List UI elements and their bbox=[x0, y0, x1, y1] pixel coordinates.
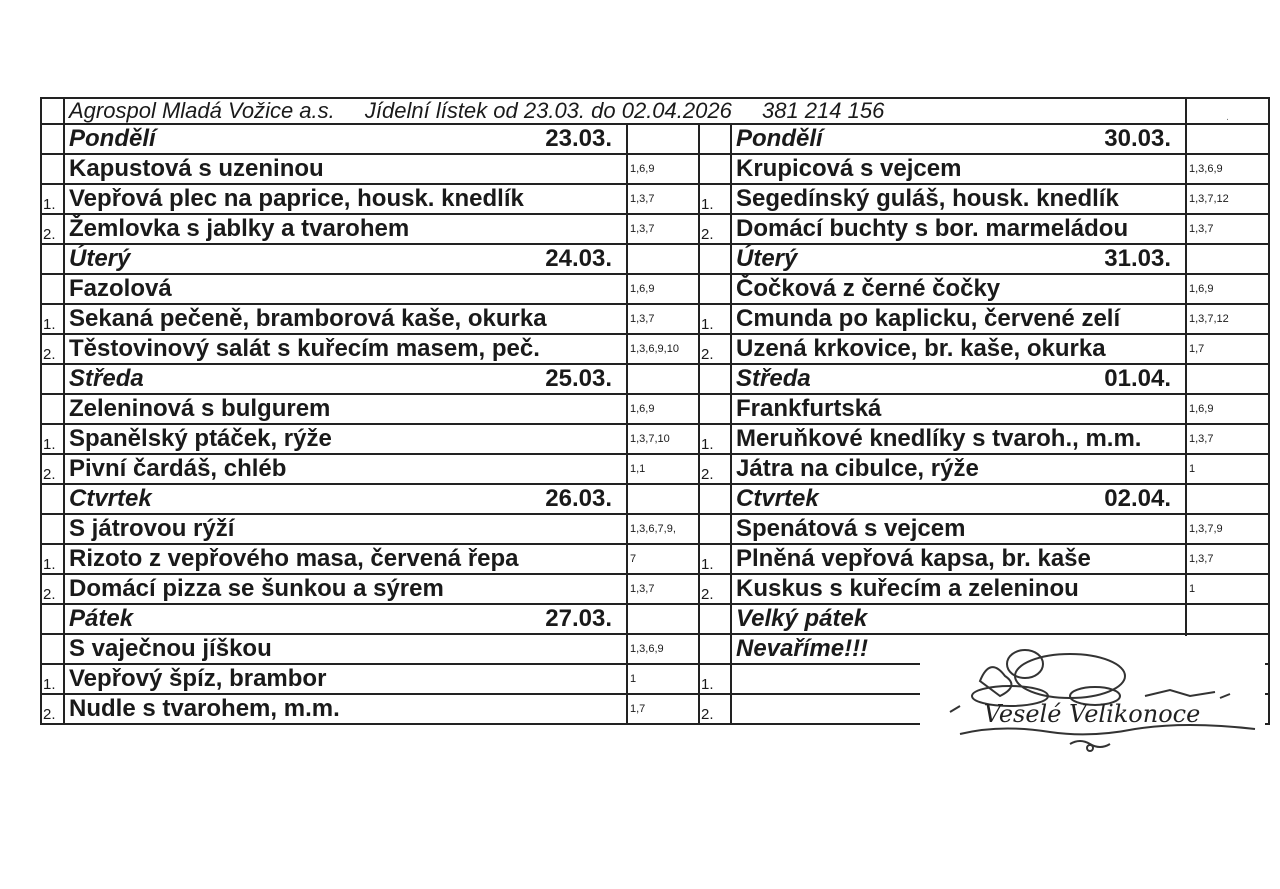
soup-name: Čočková z černé čočky bbox=[731, 274, 1186, 304]
title-corner-cell bbox=[41, 98, 64, 124]
meal-name: Domácí pizza se šunkou a sýrem bbox=[64, 574, 627, 604]
allergen-codes: 1 bbox=[627, 664, 699, 694]
meal-number: 1. bbox=[699, 184, 731, 214]
day-date: 27.03. bbox=[545, 605, 622, 633]
allergen-codes: 1,7 bbox=[1186, 334, 1269, 364]
meal-row: 1.Spanělský ptáček, rýže1,3,7,101.Meruňk… bbox=[41, 424, 1269, 454]
allergen-codes: 1 bbox=[1186, 574, 1269, 604]
allergen-codes: 1,3,6,7,9, bbox=[627, 514, 699, 544]
allergen-codes: 1,3,6,9 bbox=[1186, 154, 1269, 184]
day-name: Úterý bbox=[69, 245, 130, 273]
meal-name: Sekaná pečeně, bramborová kaše, okurka bbox=[64, 304, 627, 334]
meal-name: Rizoto z vepřového masa, červená řepa bbox=[64, 544, 627, 574]
meal-row: 2.Žemlovka s jablky a tvarohem1,3,72.Dom… bbox=[41, 214, 1269, 244]
number-cell bbox=[699, 514, 731, 544]
meal-number: 1. bbox=[699, 544, 731, 574]
allergen-cell bbox=[627, 484, 699, 514]
allergen-codes: 1 bbox=[1186, 454, 1269, 484]
meal-row: 2.Těstovinový salát s kuřecím masem, peč… bbox=[41, 334, 1269, 364]
allergen-codes: 1,3,7,12 bbox=[1186, 184, 1269, 214]
day-date: 24.03. bbox=[545, 245, 622, 273]
allergen-cell bbox=[627, 604, 699, 634]
phone-number: 381 214 156 bbox=[762, 98, 884, 123]
meal-number: 2. bbox=[699, 574, 731, 604]
number-cell bbox=[699, 244, 731, 274]
allergen-codes: 1,1 bbox=[627, 454, 699, 484]
day-name: Ctvrtek bbox=[736, 485, 819, 513]
meal-number: 2. bbox=[699, 454, 731, 484]
number-cell bbox=[41, 124, 64, 154]
meal-name: Cmunda po kaplicku, červené zelí bbox=[731, 304, 1186, 334]
number-cell bbox=[699, 484, 731, 514]
meal-name: Domácí buchty s bor. marmeládou bbox=[731, 214, 1186, 244]
day-date: 31.03. bbox=[1104, 245, 1181, 273]
soup-name: Kapustová s uzeninou bbox=[64, 154, 627, 184]
day-date: 26.03. bbox=[545, 485, 622, 513]
number-cell bbox=[41, 274, 64, 304]
soup-row: S játrovou rýží1,3,6,7,9,Spenátová s vej… bbox=[41, 514, 1269, 544]
menu-period: Jídelní lístek od 23.03. do 02.04.2026 bbox=[365, 98, 732, 123]
allergen-codes: 1,6,9 bbox=[627, 394, 699, 424]
soup-name: S vaječnou jíškou bbox=[64, 634, 627, 664]
soup-row: Zeleninová s bulgurem1,6,9Frankfurtská1,… bbox=[41, 394, 1269, 424]
meal-name: Uzená krkovice, br. kaše, okurka bbox=[731, 334, 1186, 364]
number-cell bbox=[699, 394, 731, 424]
allergen-codes: 1,3,7 bbox=[1186, 424, 1269, 454]
number-cell bbox=[41, 244, 64, 274]
meal-number: 1. bbox=[41, 184, 64, 214]
day-header-cell: Ctvrtek02.04. bbox=[731, 484, 1186, 514]
day-header-cell: Středa01.04. bbox=[731, 364, 1186, 394]
allergen-codes: 1,3,7 bbox=[627, 574, 699, 604]
allergen-cell bbox=[627, 244, 699, 274]
meal-number: 2. bbox=[699, 694, 731, 724]
meal-number: 2. bbox=[41, 454, 64, 484]
allergen-codes: 1,3,7 bbox=[627, 304, 699, 334]
meal-number: 1. bbox=[699, 304, 731, 334]
soup-name: S játrovou rýží bbox=[64, 514, 627, 544]
meal-row: 2.Pivní čardáš, chléb1,12.Játra na cibul… bbox=[41, 454, 1269, 484]
allergen-cell bbox=[1186, 604, 1269, 634]
menu-table: Agrospol Mladá Vožice a.s. Jídelní líste… bbox=[40, 97, 1270, 725]
meal-name: Spanělský ptáček, rýže bbox=[64, 424, 627, 454]
allergen-codes: 1,6,9 bbox=[627, 274, 699, 304]
allergen-cell bbox=[1186, 244, 1269, 274]
soup-row: Kapustová s uzeninou1,6,9Krupicová s vej… bbox=[41, 154, 1269, 184]
day-date: 02.04. bbox=[1104, 485, 1181, 513]
soup-name: Zeleninová s bulgurem bbox=[64, 394, 627, 424]
easter-greeting: Veselé Velikonoce bbox=[984, 700, 1201, 728]
day-header-cell: Středa25.03. bbox=[64, 364, 627, 394]
corner-mark: . bbox=[1186, 98, 1269, 124]
meal-number: 2. bbox=[41, 574, 64, 604]
day-name: Úterý bbox=[736, 245, 797, 273]
number-cell bbox=[41, 634, 64, 664]
meal-row: 1.Rizoto z vepřového masa, červená řepa7… bbox=[41, 544, 1269, 574]
meal-name: Žemlovka s jablky a tvarohem bbox=[64, 214, 627, 244]
number-cell bbox=[41, 604, 64, 634]
day-header-cell: Úterý24.03. bbox=[64, 244, 627, 274]
number-cell bbox=[699, 124, 731, 154]
allergen-cell bbox=[1186, 364, 1269, 394]
meal-number: 2. bbox=[699, 214, 731, 244]
meal-number: 2. bbox=[41, 214, 64, 244]
meal-number: 1. bbox=[41, 304, 64, 334]
soup-name: Spenátová s vejcem bbox=[731, 514, 1186, 544]
meal-row: 1.Sekaná pečeně, bramborová kaše, okurka… bbox=[41, 304, 1269, 334]
allergen-codes: 7 bbox=[627, 544, 699, 574]
allergen-cell bbox=[627, 124, 699, 154]
allergen-codes: 1,3,7 bbox=[1186, 544, 1269, 574]
soup-name: Fazolová bbox=[64, 274, 627, 304]
day-name: Velký pátek bbox=[731, 604, 1186, 634]
day-name: Středa bbox=[69, 365, 144, 393]
allergen-codes: 1,3,7,12 bbox=[1186, 304, 1269, 334]
day-row: Pátek27.03.Velký pátek bbox=[41, 604, 1269, 634]
meal-name: Nudle s tvarohem, m.m. bbox=[64, 694, 627, 724]
allergen-codes: 1,3,7 bbox=[627, 184, 699, 214]
menu-title: Agrospol Mladá Vožice a.s. Jídelní líste… bbox=[64, 98, 1186, 124]
number-cell bbox=[699, 364, 731, 394]
company-name: Agrospol Mladá Vožice a.s. bbox=[69, 98, 335, 123]
meal-name: Vepřový špíz, brambor bbox=[64, 664, 627, 694]
day-name: Pátek bbox=[69, 605, 133, 633]
day-header-cell: Ctvrtek26.03. bbox=[64, 484, 627, 514]
day-date: 01.04. bbox=[1104, 365, 1181, 393]
day-date: 30.03. bbox=[1104, 125, 1181, 153]
meal-number: 1. bbox=[699, 424, 731, 454]
allergen-codes: 1,3,7 bbox=[1186, 214, 1269, 244]
day-name: Pondělí bbox=[69, 125, 156, 153]
day-date: 25.03. bbox=[545, 365, 622, 393]
soup-row: Fazolová1,6,9Čočková z černé čočky1,6,9 bbox=[41, 274, 1269, 304]
number-cell bbox=[41, 154, 64, 184]
meal-number: 1. bbox=[699, 664, 731, 694]
meal-name: Játra na cibulce, rýže bbox=[731, 454, 1186, 484]
allergen-codes: 1,6,9 bbox=[627, 154, 699, 184]
meal-row: 2.Domácí pizza se šunkou a sýrem1,3,72.K… bbox=[41, 574, 1269, 604]
day-name: Středa bbox=[736, 365, 811, 393]
meal-name: Vepřová plec na paprice, housk. knedlík bbox=[64, 184, 627, 214]
number-cell bbox=[699, 274, 731, 304]
easter-graphic: Veselé Velikonoce bbox=[920, 636, 1265, 756]
meal-name: Kuskus s kuřecím a zeleninou bbox=[731, 574, 1186, 604]
number-cell bbox=[41, 484, 64, 514]
day-name: Pondělí bbox=[736, 125, 823, 153]
meal-name: Pivní čardáš, chléb bbox=[64, 454, 627, 484]
soup-name: Frankfurtská bbox=[731, 394, 1186, 424]
meal-number: 1. bbox=[41, 544, 64, 574]
day-header-cell: Úterý31.03. bbox=[731, 244, 1186, 274]
allergen-codes: 1,3,6,9 bbox=[627, 634, 699, 664]
number-cell bbox=[699, 604, 731, 634]
meal-number: 2. bbox=[699, 334, 731, 364]
easter-lamb-icon: Veselé Velikonoce bbox=[920, 636, 1265, 756]
meal-row: 1.Vepřová plec na paprice, housk. knedlí… bbox=[41, 184, 1269, 214]
day-header-cell: Pondělí30.03. bbox=[731, 124, 1186, 154]
allergen-codes: 1,3,7,9 bbox=[1186, 514, 1269, 544]
allergen-codes: 1,6,9 bbox=[1186, 394, 1269, 424]
allergen-cell bbox=[1186, 124, 1269, 154]
day-name: Ctvrtek bbox=[69, 485, 152, 513]
allergen-cell bbox=[1186, 484, 1269, 514]
allergen-codes: 1,7 bbox=[627, 694, 699, 724]
meal-number: 2. bbox=[41, 334, 64, 364]
allergen-codes: 1,6,9 bbox=[1186, 274, 1269, 304]
number-cell bbox=[699, 634, 731, 664]
day-header-cell: Pondělí23.03. bbox=[64, 124, 627, 154]
title-row: Agrospol Mladá Vožice a.s. Jídelní líste… bbox=[41, 98, 1269, 124]
number-cell bbox=[41, 364, 64, 394]
allergen-codes: 1,3,7 bbox=[627, 214, 699, 244]
soup-name: Krupicová s vejcem bbox=[731, 154, 1186, 184]
allergen-codes: 1,3,6,9,10 bbox=[627, 334, 699, 364]
meal-name: Segedínský guláš, housk. knedlík bbox=[731, 184, 1186, 214]
meal-name: Plněná vepřová kapsa, br. kaše bbox=[731, 544, 1186, 574]
number-cell bbox=[41, 394, 64, 424]
meal-number: 1. bbox=[41, 424, 64, 454]
day-row: Ctvrtek26.03.Ctvrtek02.04. bbox=[41, 484, 1269, 514]
meal-name: Meruňkové knedlíky s tvaroh., m.m. bbox=[731, 424, 1186, 454]
meal-number: 1. bbox=[41, 664, 64, 694]
day-date: 23.03. bbox=[545, 125, 622, 153]
number-cell bbox=[41, 514, 64, 544]
allergen-cell bbox=[627, 364, 699, 394]
day-header-cell: Pátek27.03. bbox=[64, 604, 627, 634]
day-row: Pondělí23.03.Pondělí30.03. bbox=[41, 124, 1269, 154]
allergen-codes: 1,3,7,10 bbox=[627, 424, 699, 454]
day-row: Středa25.03.Středa01.04. bbox=[41, 364, 1269, 394]
day-row: Úterý24.03.Úterý31.03. bbox=[41, 244, 1269, 274]
menu-sheet: Agrospol Mladá Vožice a.s. Jídelní líste… bbox=[40, 97, 1268, 725]
meal-number: 2. bbox=[41, 694, 64, 724]
number-cell bbox=[699, 154, 731, 184]
meal-name: Těstovinový salát s kuřecím masem, peč. bbox=[64, 334, 627, 364]
